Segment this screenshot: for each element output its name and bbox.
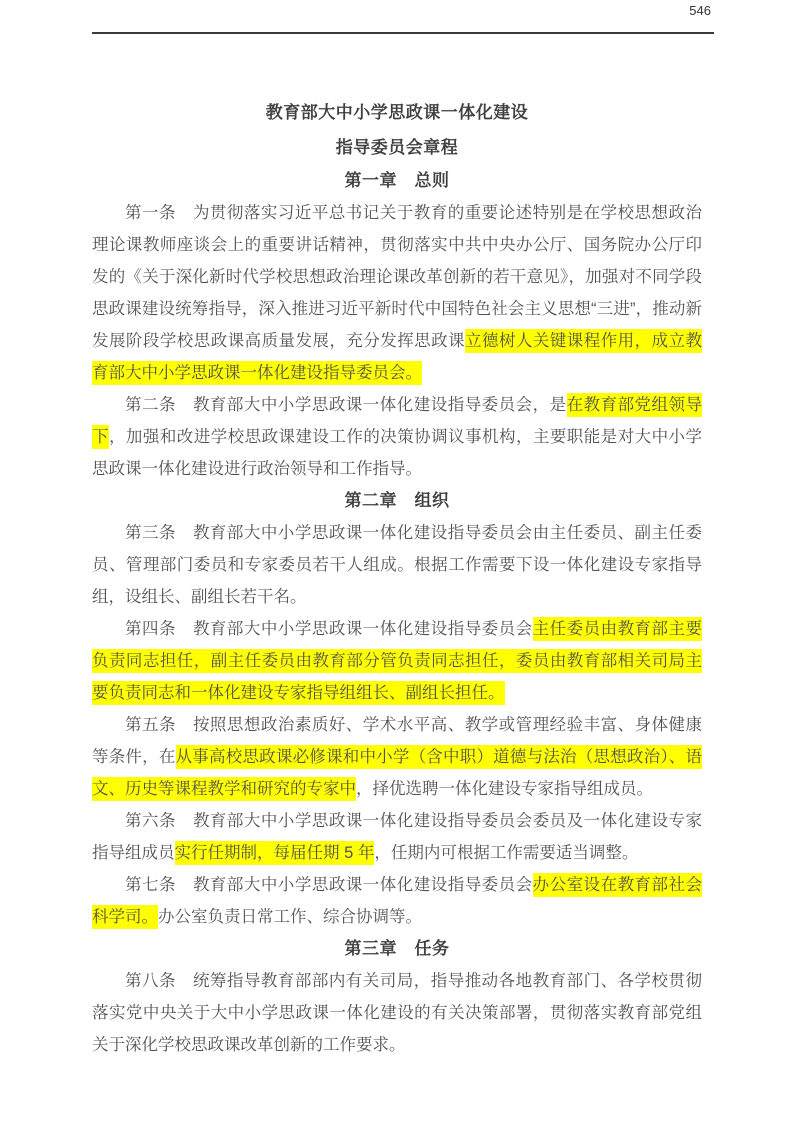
header-divider: [92, 32, 714, 34]
chapter-heading-3: 第三章 任务: [92, 933, 702, 965]
article-5-text-2: ，择优选聘一体化建设专家指导组成员。: [356, 780, 653, 798]
article-2-text-2: ，加强和改进学校思政课建设工作的决策协调议事机构，主要职能是对大中小学思政课一体…: [92, 428, 702, 478]
document-title-line1: 教育部大中小学思政课一体化建设: [92, 95, 702, 131]
article-2: 第二条 教育部大中小学思政课一体化建设指导委员会，是在教育部党组领导下，加强和改…: [92, 389, 702, 485]
article-4-text: 第四条 教育部大中小学思政课一体化建设指导委员会: [125, 620, 533, 638]
document-title-line2: 指导委员会章程: [92, 131, 702, 165]
document-page: 546 教育部大中小学思政课一体化建设 指导委员会章程 第一章 总则 第一条 为…: [0, 0, 793, 1122]
article-7-text-1: 第七条 教育部大中小学思政课一体化建设指导委员会: [125, 876, 533, 894]
article-6-text-2: ，任期内可根据工作需要适当调整。: [374, 844, 638, 862]
article-7-text-2: 办公室负责日常工作、综合协调等。: [158, 908, 422, 926]
chapter-heading-1: 第一章 总则: [92, 165, 702, 197]
chapter-heading-2: 第二章 组织: [92, 485, 702, 517]
article-3: 第三条 教育部大中小学思政课一体化建设指导委员会由主任委员、副主任委员、管理部门…: [92, 517, 702, 613]
document-content: 教育部大中小学思政课一体化建设 指导委员会章程 第一章 总则 第一条 为贯彻落实…: [92, 95, 702, 1061]
article-7: 第七条 教育部大中小学思政课一体化建设指导委员会办公室设在教育部社会科学司。办公…: [92, 869, 702, 933]
article-4: 第四条 教育部大中小学思政课一体化建设指导委员会主任委员由教育部主要负责同志担任…: [92, 613, 702, 709]
article-8-text: 第八条 统筹指导教育部部内有关司局，指导推动各地教育部门、各学校贯彻落实党中央关…: [92, 972, 702, 1054]
article-6: 第六条 教育部大中小学思政课一体化建设指导委员会委员及一体化建设专家指导组成员实…: [92, 805, 702, 869]
article-8: 第八条 统筹指导教育部部内有关司局，指导推动各地教育部门、各学校贯彻落实党中央关…: [92, 965, 702, 1061]
article-5: 第五条 按照思想政治素质好、学术水平高、教学或管理经验丰富、身体健康等条件，在从…: [92, 709, 702, 805]
article-1: 第一条 为贯彻落实习近平总书记关于教育的重要论述特别是在学校思想政治理论课教师座…: [92, 197, 702, 389]
article-6-highlight: 实行任期制，每届任期 5 年: [175, 841, 375, 865]
article-2-text-1: 第二条 教育部大中小学思政课一体化建设指导委员会，是: [125, 396, 567, 414]
article-3-text: 第三条 教育部大中小学思政课一体化建设指导委员会由主任委员、副主任委员、管理部门…: [92, 524, 702, 606]
page-number: 546: [689, 3, 711, 18]
